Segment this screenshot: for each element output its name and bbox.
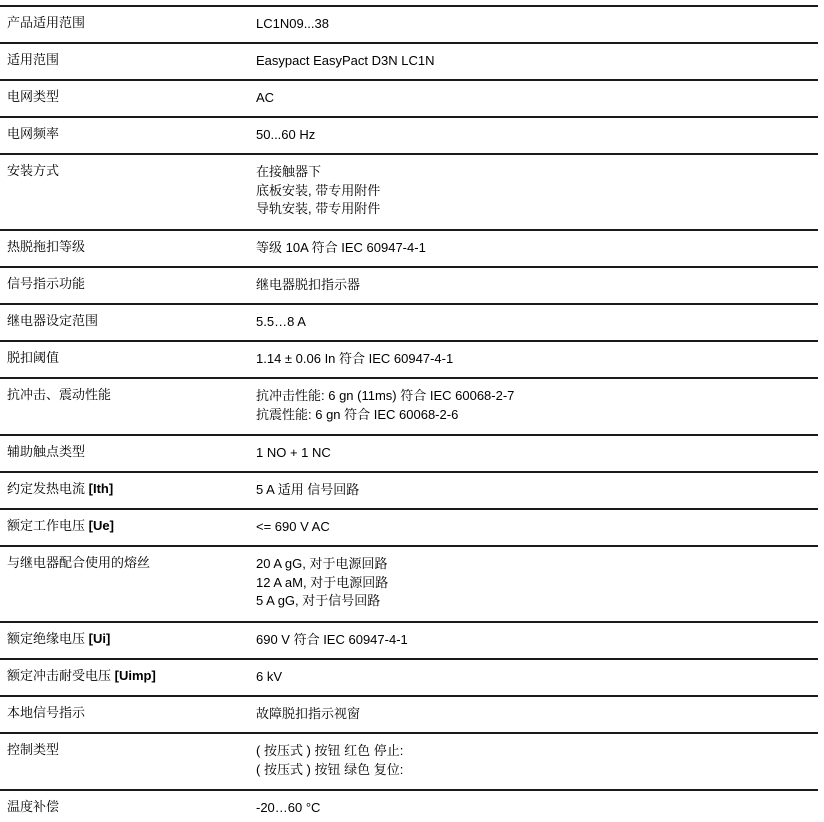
spec-value-line: 底板安装, 带专用附件 — [256, 182, 818, 201]
spec-label: 约定发热电流 [Ith] — [0, 473, 256, 508]
spec-value: -20…60 °C — [256, 791, 818, 822]
spec-label: 额定工作电压 [Ue] — [0, 510, 256, 545]
spec-label-symbol: [Ue] — [89, 518, 114, 533]
spec-value: 690 V 符合 IEC 60947-4-1 — [256, 623, 818, 658]
spec-row: 热脱拖扣等级 等级 10A 符合 IEC 60947-4-1 — [0, 229, 818, 266]
spec-value-line: 20 A gG, 对于电源回路 — [256, 555, 818, 574]
spec-label-text: 产品适用范围 — [7, 15, 85, 30]
spec-label: 本地信号指示 — [0, 697, 256, 732]
spec-label-text: 热脱拖扣等级 — [7, 239, 85, 254]
spec-label-symbol: [Ui] — [89, 631, 111, 646]
spec-value-line: 抗震性能: 6 gn 符合 IEC 60068-2-6 — [256, 406, 818, 425]
spec-label-text: 继电器设定范围 — [7, 313, 98, 328]
spec-value: ( 按压式 ) 按钮 红色 停止:( 按压式 ) 按钮 绿色 复位: — [256, 734, 818, 789]
spec-label-text: 额定冲击耐受电压 — [7, 668, 115, 683]
spec-label-text: 与继电器配合使用的熔丝 — [7, 555, 150, 570]
spec-label-text: 额定工作电压 — [7, 518, 89, 533]
spec-label: 脱扣阈值 — [0, 342, 256, 377]
spec-label: 温度补偿 — [0, 791, 256, 822]
spec-row: 脱扣阈值 1.14 ± 0.06 In 符合 IEC 60947-4-1 — [0, 340, 818, 377]
spec-value-line: 6 kV — [256, 668, 818, 687]
spec-value-line: 5.5…8 A — [256, 313, 818, 332]
spec-label-symbol: [Ith] — [89, 481, 114, 496]
spec-label-text: 额定绝缘电压 — [7, 631, 89, 646]
spec-row: 额定绝缘电压 [Ui] 690 V 符合 IEC 60947-4-1 — [0, 621, 818, 658]
spec-row: 电网频率 50...60 Hz — [0, 116, 818, 153]
spec-value-line: 12 A aM, 对于电源回路 — [256, 574, 818, 593]
spec-value: 抗冲击性能: 6 gn (11ms) 符合 IEC 60068-2-7抗震性能:… — [256, 379, 818, 434]
spec-row: 信号指示功能 继电器脱扣指示器 — [0, 266, 818, 303]
spec-label: 信号指示功能 — [0, 268, 256, 303]
spec-label-text: 安装方式 — [7, 163, 59, 178]
spec-row: 辅助触点类型 1 NO + 1 NC — [0, 434, 818, 471]
spec-value: 1.14 ± 0.06 In 符合 IEC 60947-4-1 — [256, 342, 818, 377]
spec-row: 额定工作电压 [Ue] <= 690 V AC — [0, 508, 818, 545]
spec-value-line: 1 NO + 1 NC — [256, 444, 818, 463]
spec-label: 电网类型 — [0, 81, 256, 116]
spec-row: 电网类型 AC — [0, 79, 818, 116]
spec-value-line: 抗冲击性能: 6 gn (11ms) 符合 IEC 60068-2-7 — [256, 387, 818, 406]
spec-label: 辅助触点类型 — [0, 436, 256, 471]
spec-label: 继电器设定范围 — [0, 305, 256, 340]
spec-value: AC — [256, 81, 818, 116]
spec-table: 产品适用范围 LC1N09...38 适用范围 Easypact EasyPac… — [0, 5, 818, 822]
spec-row: 继电器设定范围 5.5…8 A — [0, 303, 818, 340]
spec-value-line: 1.14 ± 0.06 In 符合 IEC 60947-4-1 — [256, 350, 818, 369]
spec-value-line: LC1N09...38 — [256, 15, 818, 34]
spec-label: 电网频率 — [0, 118, 256, 153]
spec-value-line: AC — [256, 89, 818, 108]
spec-row: 控制类型 ( 按压式 ) 按钮 红色 停止:( 按压式 ) 按钮 绿色 复位: — [0, 732, 818, 789]
spec-value-line: 50...60 Hz — [256, 126, 818, 145]
spec-value-line: 导轨安装, 带专用附件 — [256, 200, 818, 219]
spec-label: 安装方式 — [0, 155, 256, 229]
spec-label-text: 抗冲击、震动性能 — [7, 387, 111, 402]
spec-value: 5.5…8 A — [256, 305, 818, 340]
spec-value: 6 kV — [256, 660, 818, 695]
spec-label-symbol: [Uimp] — [115, 668, 156, 683]
spec-value-line: 等级 10A 符合 IEC 60947-4-1 — [256, 239, 818, 258]
spec-value-line: -20…60 °C — [256, 799, 818, 818]
spec-label: 额定绝缘电压 [Ui] — [0, 623, 256, 658]
spec-value-line: 5 A 适用 信号回路 — [256, 481, 818, 500]
spec-label-text: 信号指示功能 — [7, 276, 85, 291]
spec-value-line: 在接触器下 — [256, 163, 818, 182]
spec-value: 50...60 Hz — [256, 118, 818, 153]
spec-value: 20 A gG, 对于电源回路12 A aM, 对于电源回路5 A gG, 对于… — [256, 547, 818, 621]
spec-row: 抗冲击、震动性能 抗冲击性能: 6 gn (11ms) 符合 IEC 60068… — [0, 377, 818, 434]
spec-value: Easypact EasyPact D3N LC1N — [256, 44, 818, 79]
spec-value: 在接触器下底板安装, 带专用附件导轨安装, 带专用附件 — [256, 155, 818, 229]
spec-label-text: 电网频率 — [7, 126, 59, 141]
spec-value-line: <= 690 V AC — [256, 518, 818, 537]
spec-row: 本地信号指示 故障脱扣指示视窗 — [0, 695, 818, 732]
spec-label: 额定冲击耐受电压 [Uimp] — [0, 660, 256, 695]
spec-value-line: ( 按压式 ) 按钮 绿色 复位: — [256, 761, 818, 780]
spec-label-text: 辅助触点类型 — [7, 444, 85, 459]
spec-row: 安装方式 在接触器下底板安装, 带专用附件导轨安装, 带专用附件 — [0, 153, 818, 229]
spec-label-text: 本地信号指示 — [7, 705, 85, 720]
spec-label: 适用范围 — [0, 44, 256, 79]
spec-label: 热脱拖扣等级 — [0, 231, 256, 266]
spec-value: 故障脱扣指示视窗 — [256, 697, 818, 732]
spec-value: 等级 10A 符合 IEC 60947-4-1 — [256, 231, 818, 266]
spec-row: 适用范围 Easypact EasyPact D3N LC1N — [0, 42, 818, 79]
spec-label-text: 温度补偿 — [7, 799, 59, 814]
spec-label: 控制类型 — [0, 734, 256, 789]
spec-label-text: 控制类型 — [7, 742, 59, 757]
spec-value-line: ( 按压式 ) 按钮 红色 停止: — [256, 742, 818, 761]
spec-value: LC1N09...38 — [256, 7, 818, 42]
spec-value: 继电器脱扣指示器 — [256, 268, 818, 303]
spec-row: 与继电器配合使用的熔丝 20 A gG, 对于电源回路12 A aM, 对于电源… — [0, 545, 818, 621]
spec-label: 产品适用范围 — [0, 7, 256, 42]
spec-value: 1 NO + 1 NC — [256, 436, 818, 471]
spec-value: <= 690 V AC — [256, 510, 818, 545]
spec-row: 温度补偿 -20…60 °C — [0, 789, 818, 822]
spec-value-line: 690 V 符合 IEC 60947-4-1 — [256, 631, 818, 650]
spec-row: 产品适用范围 LC1N09...38 — [0, 5, 818, 42]
spec-value-line: Easypact EasyPact D3N LC1N — [256, 52, 818, 71]
spec-label-text: 脱扣阈值 — [7, 350, 59, 365]
spec-row: 额定冲击耐受电压 [Uimp] 6 kV — [0, 658, 818, 695]
spec-label: 抗冲击、震动性能 — [0, 379, 256, 434]
spec-label-text: 约定发热电流 — [7, 481, 89, 496]
spec-label-text: 适用范围 — [7, 52, 59, 67]
spec-value-line: 故障脱扣指示视窗 — [256, 705, 818, 724]
spec-value: 5 A 适用 信号回路 — [256, 473, 818, 508]
spec-label-text: 电网类型 — [7, 89, 59, 104]
spec-label: 与继电器配合使用的熔丝 — [0, 547, 256, 621]
spec-value-line: 继电器脱扣指示器 — [256, 276, 818, 295]
spec-row: 约定发热电流 [Ith] 5 A 适用 信号回路 — [0, 471, 818, 508]
spec-value-line: 5 A gG, 对于信号回路 — [256, 592, 818, 611]
